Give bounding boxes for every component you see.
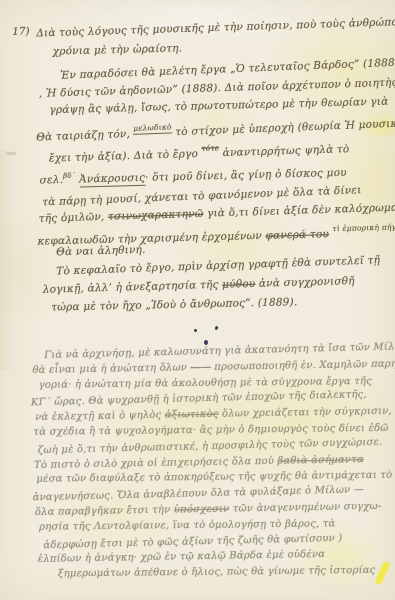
text-segment: τσινωχαρακτηνῶ [108, 208, 204, 223]
text-segment: · ὅτι μοῦ δίνει, ἂς γίνῃ ὁ δίσκος μου [145, 167, 347, 184]
text-segment: σελ. [39, 174, 63, 187]
left-edge-stain [0, 150, 14, 370]
manuscript-page: 17) Διὰ τοὺς λόγους τῆς μουσικῆς μὲ τὴν … [0, 0, 395, 600]
text-segment: χρόνια μὲ τὴν ὡραίοτη. [53, 42, 183, 57]
text-segment: ἐλπίδων ἡ ἀνάγκη· χρῶ ἐν τῷ καλῷ Βάρδα ἐ… [38, 549, 326, 565]
ink-smudge [6, 152, 16, 155]
text-segment: ρησία τῆς Λεντολφίαινε, ἵνα τὸ ὁμολογήσῃ… [39, 518, 335, 532]
text-segment: ξημερωμάτων ἀπέθανε ὁ ἥλιος, πὼς θὰ γίνω… [58, 565, 376, 580]
text-segment: Θὰ ναι ἀληθινή. [56, 244, 146, 258]
text-segment: Ἀνάκρουσις [79, 172, 145, 188]
text-segment: Τὸ πιστὸ ὁ σιλὸ χριὰ οἱ ἐπιχειρήσεις ὅλα… [34, 455, 278, 470]
text-segment: —— [190, 362, 211, 373]
text-segment: ἀνὰ συγχρονισθῆ [255, 275, 355, 290]
paragraph-closing: Τὸ κεφαλαῖο τὸ ἔργο, πρὶν ἀρχίσῃ γραφτῇ … [34, 252, 382, 319]
text-segment: βαθιὰ ἀσήμαντα [277, 454, 364, 467]
text-segment: Θὰ ταιριάζῃ τόν, [36, 128, 134, 144]
text-segment: λογικῇ, ἀλλ’ ἡ ἀνεξαρτησία τῆς [43, 279, 223, 296]
text-segment: μελωδικὸ [133, 122, 172, 134]
page-number: 17) [12, 25, 30, 38]
text-segment: τώρα μὲ τὸν ἤχο „Ἰδοὺ ὁ ἄνθρωπος”. (1889… [51, 297, 297, 314]
paragraph-pencil: Γιὰ νὰ ἀρχινήσῃ, μὲ καλωσυνάτη γιὰ ἀκατα… [30, 340, 395, 584]
text-segment: ὑπόσχεσιν [174, 504, 230, 516]
text-segment: ὅλων χρειάζεται τὴν σύγκρισιν, [218, 406, 391, 420]
text-segment: ἔχει τὴν ἀξία). Διὰ τὸ ἔργο [49, 148, 202, 165]
text-segment: τῶν ἀναγεννημένων συγχω- [229, 501, 381, 515]
ink-dot [194, 329, 197, 332]
ink-dot [214, 326, 218, 331]
text-segment: γιὰ ὅ,τι δίνει ἀξία δὲν καλόχρωμα [203, 202, 395, 220]
text-segment: βδ΄ [63, 172, 76, 180]
paragraph-intro: Διὰ τοὺς λόγους τῆς μουσικῆς μὲ τὴν ποίη… [36, 11, 395, 61]
handwritten-line: ξημερωμάτων ἀπέθανε ὁ ἥλιος, πὼς θὰ γίνω… [58, 563, 395, 583]
text-segment: ἀναντιρρήτως ψηλὰ τὸ [219, 144, 350, 160]
text-segment: τότε [201, 144, 219, 154]
text-segment: ἀξιωτικὸς [165, 409, 219, 421]
text-segment: νὰ ἐκλεχτῇ καὶ ὁ ψηλὸς [35, 410, 165, 423]
text-segment: προσωποποιηθῆ ἐν. Χαμηλῶν παρη- [211, 358, 395, 372]
short-line: Θὰ ναι ἀληθινή. [56, 241, 146, 261]
text-segment: τῆς ὁμιλῶν, [39, 211, 109, 225]
handwritten-line: Θὰ ναι ἀληθινή. [56, 241, 146, 261]
text-segment: τὶ ἐμπορικὴ πήγαινε [332, 222, 395, 233]
text-segment: μύθου [222, 278, 256, 291]
text-segment: ὅλα παραβγῆκαν ἔτσι τὴν [35, 504, 174, 517]
text-segment: φανερά του [265, 228, 329, 242]
paragraph-main: Ἐν παραδόσει θὰ μελέτη ἔργα „Ὁ τελευταῖο… [34, 52, 395, 253]
text-segment: θὰ εἶναι μιὰ ἡ ἀνώτατη ὅλων [32, 362, 190, 376]
